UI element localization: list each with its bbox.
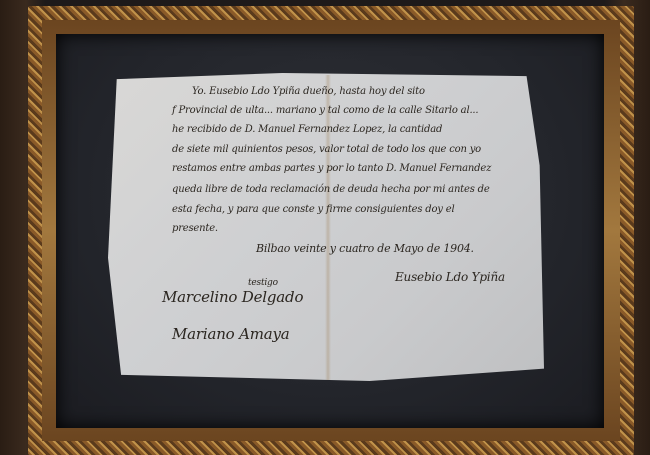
manuscript-line-6: queda libre de toda reclamación de deuda… xyxy=(172,184,490,195)
witness-label: testigo xyxy=(248,278,278,288)
manuscript-line-8: presente. xyxy=(172,223,218,234)
manuscript-line-3: he recibido de D. Manuel Fernandez Lopez… xyxy=(172,124,442,135)
manuscript-line-2: f Provincial de ulta... mariano y tal co… xyxy=(172,105,478,116)
date-line: Bilbao veinte y cuatro de Mayo de 1904. xyxy=(256,242,474,255)
manuscript-line-1: Yo. Eusebio Ldo Ypiña dueño, hasta hoy d… xyxy=(192,86,425,97)
manuscript-line-5: restamos entre ambas partes y por lo tan… xyxy=(172,163,491,174)
witness-signature-2: Mariano Amaya xyxy=(172,325,290,343)
manuscript-line-7: esta fecha, y para que conste y firme co… xyxy=(172,204,454,215)
manuscript-line-4: de siete mil quinientos pesos, valor tot… xyxy=(172,144,481,155)
witness-signature-1: Marcelino Delgado xyxy=(162,288,303,306)
paper-fold-crease xyxy=(325,75,331,380)
main-signature: Eusebio Ldo Ypiña xyxy=(395,270,505,284)
